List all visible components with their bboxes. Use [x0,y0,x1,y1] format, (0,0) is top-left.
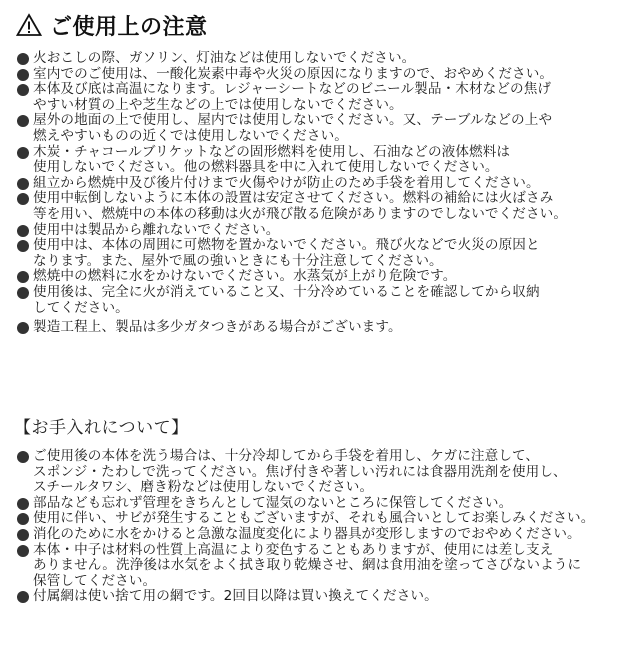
caution-item-text: 室内でのご使用は、一酸化炭素中毒や火災の原因になりますので、おやめください。 [33,66,553,82]
bullet-icon [17,240,29,252]
care-item-text: 使用に伴い、サビが発生することもございますが、それも風合いとしてお楽しみください… [33,510,594,526]
warning-triangle-icon [16,13,42,37]
care-item: 消化のために水をかけると急激な温度変化により器具が変形しますのでおやめください。 [17,527,637,543]
care-item: 付属網は使い捨て用の網です。2回目以降は買い換えてください。 [17,589,637,605]
bullet-icon [17,193,29,205]
caution-item: 本体及び底は高温になります。レジャーシートなどのビニール製品・木材などの焦げ や… [17,82,637,113]
bullet-icon [17,147,29,159]
care-item: 本体・中子は材料の性質上高温により変色することもありますが、使用には差し支え あ… [17,543,637,590]
bullet-icon [17,69,29,81]
bullet-icon [17,84,29,96]
care-item-text: 付属網は使い捨て用の網です。2回目以降は買い換えてください。 [33,588,438,604]
caution-item: 使用後は、完全に火が消えていること又、十分冷めていることを確認してから収納 して… [17,285,637,316]
caution-item: 屋外の地面の上で使用し、屋内では使用しないでください。又、テーブルなどの上や 燃… [17,113,637,144]
bullet-icon [17,287,29,299]
caution-item-text: 使用中転倒しないように本体の設置は安定させてください。燃料の補給には火ばさみ 等… [33,190,567,222]
bullet-icon [17,53,29,65]
care-item-text: 消化のために水をかけると急激な温度変化により器具が変形しますのでおやめください。 [33,526,581,542]
caution-item-text: 製造工程上、製品は多少ガタつきがある場合がございます。 [33,319,402,335]
bullet-icon [17,591,29,603]
bullet-icon [17,513,29,525]
caution-item-text: 使用中は製品から離れないでください。 [33,222,280,238]
bullet-icon [17,545,29,557]
caution-item: 燃焼中の燃料に水をかけないでください。水蒸気が上がり危険です。 [17,269,637,285]
bullet-icon [17,178,29,190]
care-item-text: 本体・中子は材料の性質上高温により変色することもありますが、使用には差し支え あ… [33,542,581,589]
caution-title: ご使用上の注意 [50,10,208,41]
caution-item: 組立から燃焼中及び後片付けまで火傷やけが防止のため手袋を着用してください。 [17,176,637,192]
caution-item: 木炭・チャコールブリケットなどの固形燃料を使用し、石油などの液体燃料は 使用しな… [17,145,637,176]
caution-item: 使用中は製品から離れないでください。 [17,223,637,239]
caution-item-text: 木炭・チャコールブリケットなどの固形燃料を使用し、石油などの液体燃料は 使用しな… [33,144,510,176]
caution-item-text: 火おこしの際、ガソリン、灯油などは使用しないでください。 [33,50,415,66]
care-title: 【お手入れについて】 [14,413,189,438]
caution-item-text: 本体及び底は高温になります。レジャーシートなどのビニール製品・木材などの焦げ や… [33,81,551,113]
caution-item: 使用中転倒しないように本体の設置は安定させてください。燃料の補給には火ばさみ 等… [17,191,637,222]
bullet-icon [17,451,29,463]
caution-item: 室内でのご使用は、一酸化炭素中毒や火災の原因になりますので、おやめください。 [17,67,637,83]
care-item-text: 部品なども忘れず管理をきちんとして湿気のないところに保管してください。 [33,495,512,511]
caution-heading: ご使用上の注意 [16,10,208,40]
caution-item: 製造工程上、製品は多少ガタつきがある場合がございます。 [17,320,637,336]
caution-item-text: 組立から燃焼中及び後片付けまで火傷やけが防止のため手袋を着用してください。 [33,175,540,191]
bullet-icon [17,225,29,237]
caution-item-text: 使用中は、本体の周囲に可燃物を置かないでください。飛び火などで火災の原因と なり… [33,237,540,269]
bullet-icon [17,115,29,127]
care-list: ご使用後の本体を洗う場合は、十分冷却してから手袋を着用し、ケガに注意して、 スポ… [17,449,637,605]
caution-item-text: 使用後は、完全に火が消えていること又、十分冷めていることを確認してから収納 して… [33,284,540,316]
caution-item: 使用中は、本体の周囲に可燃物を置かないでください。飛び火などで火災の原因と なり… [17,238,637,269]
caution-item-text: 燃焼中の燃料に水をかけないでください。水蒸気が上がり危険です。 [33,268,456,284]
bullet-icon [17,322,29,334]
bullet-icon [17,271,29,283]
care-item: 使用に伴い、サビが発生することもございますが、それも風合いとしてお楽しみください… [17,511,637,527]
care-item-text: ご使用後の本体を洗う場合は、十分冷却してから手袋を着用し、ケガに注意して、 スポ… [33,448,567,495]
caution-item: 火おこしの際、ガソリン、灯油などは使用しないでください。 [17,51,637,67]
bullet-icon [17,498,29,510]
caution-item-text: 屋外の地面の上で使用し、屋内では使用しないでください。又、テーブルなどの上や 燃… [33,112,552,144]
care-item: ご使用後の本体を洗う場合は、十分冷却してから手袋を着用し、ケガに注意して、 スポ… [17,449,637,496]
caution-list: 火おこしの際、ガソリン、灯油などは使用しないでください。 室内でのご使用は、一酸… [17,51,637,336]
bullet-icon [17,529,29,541]
